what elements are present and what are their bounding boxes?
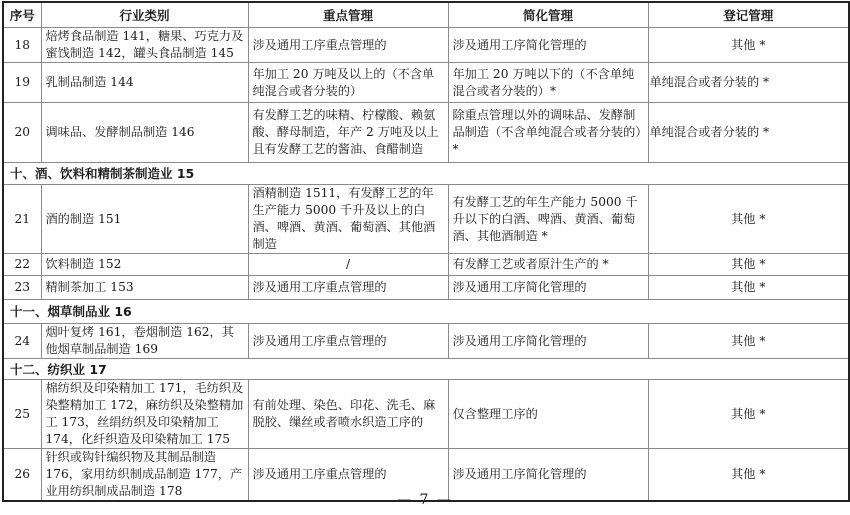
header-key-management: 重点管理 <box>248 2 448 28</box>
simplified-management: 有发酵工艺或者原汁生产的 * <box>448 254 648 276</box>
table-row: 24 烟叶复烤 161，卷烟制造 162，其他烟草制品制造 169 涉及通用工序… <box>3 324 849 359</box>
industry-category: 调味品、发酵制品制造 146 <box>41 103 248 163</box>
simplified-management: 仅含整理工序的 <box>448 380 648 449</box>
industry-category: 焙烤食品制造 141，糖果、巧克力及蜜饯制造 142，罐头食品制造 145 <box>41 28 248 63</box>
simplified-management: 除重点管理以外的调味品、发酵制品制造（不含单纯混合或者分装的）* <box>448 103 648 163</box>
key-management: 酒精制造 1511，有发酵工艺的年生产能力 5000 千升及以上的白酒、啤酒、黄… <box>248 185 448 254</box>
registration-management: 其他 * <box>648 324 849 359</box>
header-simplified-management: 简化管理 <box>448 2 648 28</box>
industry-management-table: 序号 行业类别 重点管理 简化管理 登记管理 18 焙烤食品制造 141，糖果、… <box>2 1 850 502</box>
serial-no: 23 <box>3 276 41 300</box>
registration-management: 其他 * <box>648 185 849 254</box>
serial-no: 25 <box>3 380 41 449</box>
header-serial-no: 序号 <box>3 2 41 28</box>
industry-category: 乳制品制造 144 <box>41 63 248 103</box>
section-title: 十、酒、饮料和精制茶制造业 15 <box>3 163 849 185</box>
table-row: 23 精制茶加工 153 涉及通用工序重点管理的 涉及通用工序简化管理的 其他 … <box>3 276 849 300</box>
industry-category: 精制茶加工 153 <box>41 276 248 300</box>
table-header-row: 序号 行业类别 重点管理 简化管理 登记管理 <box>3 2 849 28</box>
serial-no: 24 <box>3 324 41 359</box>
table-row: 20 调味品、发酵制品制造 146 有发酵工艺的味精、柠檬酸、赖氨酸、酵母制造，… <box>3 103 849 163</box>
key-management: 有前处理、染色、印花、洗毛、麻脱胶、缫丝或者喷水织造工序的 <box>248 380 448 449</box>
section-title: 十二、纺织业 17 <box>3 359 849 380</box>
header-industry-category: 行业类别 <box>41 2 248 28</box>
table-row: 19 乳制品制造 144 年加工 20 万吨及以上的（不含单纯混合或者分装的） … <box>3 63 849 103</box>
section-title: 十一、烟草制品业 16 <box>3 300 849 324</box>
key-management: / <box>248 254 448 276</box>
section-row: 十二、纺织业 17 <box>3 359 849 380</box>
registration-management: 单纯混合或者分装的 * <box>648 103 849 163</box>
table-row: 22 饮料制造 152 / 有发酵工艺或者原汁生产的 * 其他 * <box>3 254 849 276</box>
industry-category: 酒的制造 151 <box>41 185 248 254</box>
section-row: 十、酒、饮料和精制茶制造业 15 <box>3 163 849 185</box>
simplified-management: 年加工 20 万吨以下的（不含单纯混合或者分装的）* <box>448 63 648 103</box>
simplified-management: 涉及通用工序简化管理的 <box>448 276 648 300</box>
serial-no: 19 <box>3 63 41 103</box>
header-registration-management: 登记管理 <box>648 2 849 28</box>
serial-no: 20 <box>3 103 41 163</box>
simplified-management: 有发酵工艺的年生产能力 5000 千升以下的白酒、啤酒、黄酒、葡萄酒、其他酒制造… <box>448 185 648 254</box>
key-management: 年加工 20 万吨及以上的（不含单纯混合或者分装的） <box>248 63 448 103</box>
section-row: 十一、烟草制品业 16 <box>3 300 849 324</box>
simplified-management: 涉及通用工序简化管理的 <box>448 324 648 359</box>
industry-category: 饮料制造 152 <box>41 254 248 276</box>
page-number: — 7 — <box>0 492 850 508</box>
industry-category: 烟叶复烤 161，卷烟制造 162，其他烟草制品制造 169 <box>41 324 248 359</box>
registration-management: 其他 * <box>648 28 849 63</box>
key-management: 涉及通用工序重点管理的 <box>248 324 448 359</box>
registration-management: 其他 * <box>648 254 849 276</box>
simplified-management: 涉及通用工序简化管理的 <box>448 28 648 63</box>
table-row: 21 酒的制造 151 酒精制造 1511，有发酵工艺的年生产能力 5000 千… <box>3 185 849 254</box>
table-row: 25 棉纺织及印染精加工 171，毛纺织及染整精加工 172，麻纺织及染整精加工… <box>3 380 849 449</box>
key-management: 有发酵工艺的味精、柠檬酸、赖氨酸、酵母制造，年产 2 万吨及以上且有发酵工艺的酱… <box>248 103 448 163</box>
industry-category: 棉纺织及印染精加工 171，毛纺织及染整精加工 172，麻纺织及染整精加工 17… <box>41 380 248 449</box>
serial-no: 21 <box>3 185 41 254</box>
key-management: 涉及通用工序重点管理的 <box>248 28 448 63</box>
table-row: 18 焙烤食品制造 141，糖果、巧克力及蜜饯制造 142，罐头食品制造 145… <box>3 28 849 63</box>
key-management: 涉及通用工序重点管理的 <box>248 276 448 300</box>
serial-no: 18 <box>3 28 41 63</box>
registration-management: 其他 * <box>648 380 849 449</box>
registration-management: 单纯混合或者分装的 * <box>648 63 849 103</box>
serial-no: 22 <box>3 254 41 276</box>
registration-management: 其他 * <box>648 276 849 300</box>
